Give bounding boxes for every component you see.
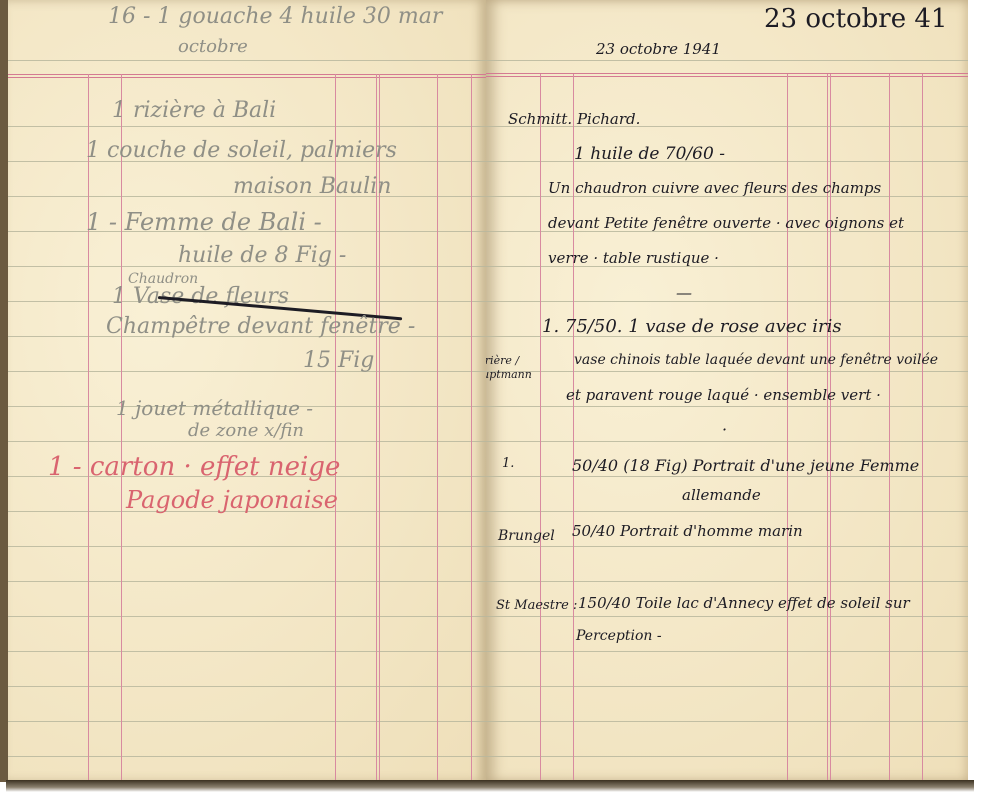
- entry-devant-fenetre: devant Petite fenêtre ouverte · avec oig…: [548, 214, 904, 232]
- separator-dash: —: [676, 283, 692, 302]
- margin-note-1: 1.: [502, 456, 514, 471]
- entry-allemande: allemande: [682, 486, 761, 504]
- entry-perception: Perception -: [576, 628, 662, 644]
- entry-sunset-palms: 1 couche de soleil, palmiers: [86, 138, 397, 163]
- entry-chaudron-cuivre: Un chaudron cuivre avec fleurs des champ…: [548, 179, 881, 197]
- entry-jouet-metallique: 1 jouet métallique -: [116, 396, 313, 420]
- entry-femme-de-bali: 1 - Femme de Bali -: [86, 208, 322, 236]
- entry-paravent-rouge: et paravent rouge laqué · ensemble vert …: [566, 386, 881, 404]
- book-edge-shadow: [6, 780, 974, 792]
- notebook-spread: 16 - 1 gouache 4 huile 30 mar octobre 1 …: [0, 0, 988, 800]
- entry-portrait-homme-marin: 50/40 Portrait d'homme marin: [572, 522, 803, 540]
- entry-huile-70-60: 1 huile de 70/60 -: [574, 144, 725, 164]
- right-page: 23 octobre 41 23 octobre 1941 Schmitt. P…: [486, 0, 968, 782]
- date-top: 23 octobre 41: [764, 4, 947, 34]
- entry-vase-chinois: vase chinois table laquée devant une fen…: [574, 352, 938, 368]
- left-page: 16 - 1 gouache 4 huile 30 mar octobre 1 …: [0, 0, 486, 782]
- entry-champetre: Champêtre devant fenêtre -: [106, 314, 415, 339]
- header-pencil-line-2: octobre: [178, 36, 248, 57]
- entry-maison: maison Baulin: [233, 174, 391, 199]
- entry-pagode-japonaise: Pagode japonaise: [126, 486, 338, 514]
- margin-note-brungel: Brungel: [498, 528, 555, 544]
- header-pencil-line-1: 16 - 1 gouache 4 huile 30 mar: [108, 4, 442, 29]
- entry-rice-field-bali: 1 rizière à Bali: [112, 98, 276, 123]
- entry-50-40-portrait-jeune-femme: 50/40 (18 Fig) Portrait d'une jeune Femm…: [572, 456, 919, 475]
- entry-huile-8-fig: huile de 8 Fig -: [178, 243, 346, 268]
- dot-separator: ·: [722, 420, 727, 439]
- entry-table-rustique: verre · table rustique ·: [548, 249, 719, 267]
- margin-note-st-maestre: St Maestre :: [496, 598, 577, 613]
- margin-note-ferriere-hauptmann: Ferrière / Hauptmann: [486, 354, 536, 382]
- entry-lac-annecy: 150/40 Toile lac d'Annecy effet de solei…: [578, 594, 910, 612]
- date-header: 23 octobre 1941: [596, 40, 721, 58]
- entry-75-50-vase-rose: 1. 75/50. 1 vase de rose avec iris: [542, 316, 842, 337]
- entry-de-zone: de zone x/fin: [188, 420, 304, 441]
- entry-carton-effet-neige: 1 - carton · effet neige: [48, 452, 340, 482]
- entry-schmitt-pichard: Schmitt. Pichard.: [508, 110, 640, 128]
- entry-15-fig: 15 Fig: [303, 348, 374, 373]
